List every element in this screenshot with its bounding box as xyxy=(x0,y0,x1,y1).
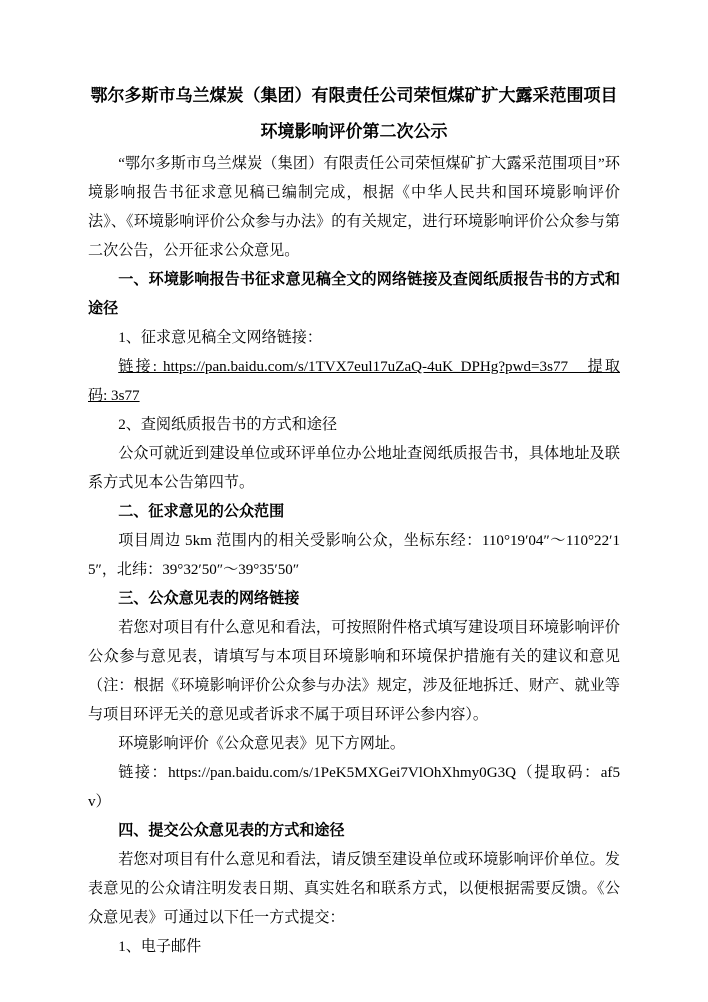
document-title: 鄂尔多斯市乌兰煤炭（集团）有限责任公司荣恒煤矿扩大露采范围项目环境影响评价第二次… xyxy=(88,78,620,150)
section-heading: 一、环境影响报告书征求意见稿全文的网络链接及查阅纸质报告书的方式和途径 xyxy=(88,266,620,324)
body-paragraph: 项目周边 5km 范围内的相关受影响公众，坐标东经：110°19′04″～110… xyxy=(88,527,620,585)
section-heading: 四、提交公众意见表的方式和途径 xyxy=(88,817,620,846)
section-heading: 三、公众意见表的网络链接 xyxy=(88,585,620,614)
body-paragraph: 2、查阅纸质报告书的方式和途径 xyxy=(88,411,620,440)
body-paragraph: 1、电子邮件 xyxy=(88,933,620,962)
hyperlink-paragraph[interactable]: 链接: https://pan.baidu.com/s/1TVX7eul17uZ… xyxy=(88,353,620,411)
body-paragraph: 公众可就近到建设单位或环评单位办公地址查阅纸质报告书，具体地址及联系方式见本公告… xyxy=(88,440,620,498)
document-body: “鄂尔多斯市乌兰煤炭（集团）有限责任公司荣恒煤矿扩大露采范围项目”环境影响报告书… xyxy=(88,150,620,962)
body-paragraph: 1、征求意见稿全文网络链接： xyxy=(88,324,620,353)
document-page: 鄂尔多斯市乌兰煤炭（集团）有限责任公司荣恒煤矿扩大露采范围项目环境影响评价第二次… xyxy=(0,0,708,1002)
body-paragraph: 若您对项目有什么意见和看法，请反馈至建设单位或环境影响评价单位。发表意见的公众请… xyxy=(88,846,620,933)
body-paragraph: 链接：https://pan.baidu.com/s/1PeK5MXGei7Vl… xyxy=(88,759,620,817)
body-paragraph: “鄂尔多斯市乌兰煤炭（集团）有限责任公司荣恒煤矿扩大露采范围项目”环境影响报告书… xyxy=(88,150,620,266)
body-paragraph: 若您对项目有什么意见和看法，可按照附件格式填写建设项目环境影响评价公众参与意见表… xyxy=(88,614,620,730)
section-heading: 二、征求意见的公众范围 xyxy=(88,498,620,527)
body-paragraph: 环境影响评价《公众意见表》见下方网址。 xyxy=(88,730,620,759)
